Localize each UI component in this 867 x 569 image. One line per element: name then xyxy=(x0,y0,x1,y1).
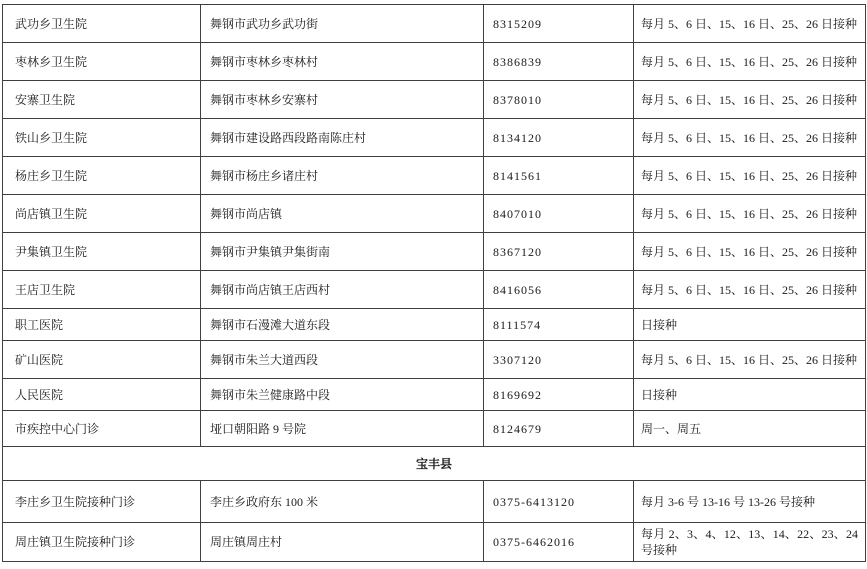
cell-phone: 8141561 xyxy=(484,157,634,195)
cell-facility-name: 职工医院 xyxy=(3,309,201,341)
table-row: 市疾控中心门诊 垭口朝阳路 9 号院 8124679 周一、周五 xyxy=(3,411,866,447)
cell-facility-name: 尚店镇卫生院 xyxy=(3,195,201,233)
cell-schedule: 每月 5、6 日、15、16 日、25、26 日接种 xyxy=(634,271,866,309)
table-row: 周庄镇卫生院接种门诊 周庄镇周庄村 0375-6462016 每月 2、3、4、… xyxy=(3,523,866,562)
document-page: 武功乡卫生院 舞钢市武功乡武功街 8315209 每月 5、6 日、15、16 … xyxy=(2,4,865,562)
cell-phone: 8378010 xyxy=(484,81,634,119)
cell-address: 舞钢市石漫滩大道东段 xyxy=(201,309,484,341)
cell-address: 舞钢市武功乡武功街 xyxy=(201,5,484,43)
table-row: 尚店镇卫生院 舞钢市尚店镇 8407010 每月 5、6 日、15、16 日、2… xyxy=(3,195,866,233)
cell-address: 周庄镇周庄村 xyxy=(201,523,484,562)
table-row: 杨庄乡卫生院 舞钢市杨庄乡诸庄村 8141561 每月 5、6 日、15、16 … xyxy=(3,157,866,195)
cell-address: 李庄乡政府东 100 米 xyxy=(201,481,484,523)
cell-facility-name: 周庄镇卫生院接种门诊 xyxy=(3,523,201,562)
cell-phone: 8386839 xyxy=(484,43,634,81)
cell-phone: 8124679 xyxy=(484,411,634,447)
cell-address: 舞钢市朱兰大道西段 xyxy=(201,341,484,379)
table-row: 枣林乡卫生院 舞钢市枣林乡枣林村 8386839 每月 5、6 日、15、16 … xyxy=(3,43,866,81)
cell-facility-name: 杨庄乡卫生院 xyxy=(3,157,201,195)
cell-facility-name: 王店卫生院 xyxy=(3,271,201,309)
cell-schedule: 每月 5、6 日、15、16 日、25、26 日接种 xyxy=(634,233,866,271)
table-row: 尹集镇卫生院 舞钢市尹集镇尹集街南 8367120 每月 5、6 日、15、16… xyxy=(3,233,866,271)
cell-facility-name: 铁山乡卫生院 xyxy=(3,119,201,157)
cell-schedule: 每月 2、3、4、12、13、14、22、23、24 号接种 xyxy=(634,523,866,562)
table-row: 武功乡卫生院 舞钢市武功乡武功街 8315209 每月 5、6 日、15、16 … xyxy=(3,5,866,43)
section-header-row: 宝丰县 xyxy=(3,447,866,481)
cell-phone: 3307120 xyxy=(484,341,634,379)
table-body-main: 武功乡卫生院 舞钢市武功乡武功街 8315209 每月 5、6 日、15、16 … xyxy=(3,5,866,447)
cell-phone: 8169692 xyxy=(484,379,634,411)
vaccination-sites-table: 武功乡卫生院 舞钢市武功乡武功街 8315209 每月 5、6 日、15、16 … xyxy=(2,4,866,562)
cell-facility-name: 安寨卫生院 xyxy=(3,81,201,119)
section-header-label: 宝丰县 xyxy=(3,447,866,481)
cell-facility-name: 武功乡卫生院 xyxy=(3,5,201,43)
cell-address: 舞钢市杨庄乡诸庄村 xyxy=(201,157,484,195)
cell-phone: 8134120 xyxy=(484,119,634,157)
table-body-section: 李庄乡卫生院接种门诊 李庄乡政府东 100 米 0375-6413120 每月 … xyxy=(3,481,866,562)
cell-phone: 8367120 xyxy=(484,233,634,271)
table-row: 王店卫生院 舞钢市尚店镇王店西村 8416056 每月 5、6 日、15、16 … xyxy=(3,271,866,309)
cell-address: 舞钢市尚店镇王店西村 xyxy=(201,271,484,309)
cell-schedule: 日接种 xyxy=(634,379,866,411)
cell-schedule: 每月 5、6 日、15、16 日、25、26 日接种 xyxy=(634,119,866,157)
cell-schedule: 每月 5、6 日、15、16 日、25、26 日接种 xyxy=(634,157,866,195)
cell-phone: 0375-6462016 xyxy=(484,523,634,562)
cell-schedule: 每月 5、6 日、15、16 日、25、26 日接种 xyxy=(634,43,866,81)
cell-address: 舞钢市建设路西段路南陈庄村 xyxy=(201,119,484,157)
cell-facility-name: 枣林乡卫生院 xyxy=(3,43,201,81)
cell-facility-name: 尹集镇卫生院 xyxy=(3,233,201,271)
cell-address: 舞钢市枣林乡安寨村 xyxy=(201,81,484,119)
cell-schedule: 周一、周五 xyxy=(634,411,866,447)
cell-phone: 8315209 xyxy=(484,5,634,43)
cell-schedule: 日接种 xyxy=(634,309,866,341)
cell-phone: 0375-6413120 xyxy=(484,481,634,523)
table-row: 铁山乡卫生院 舞钢市建设路西段路南陈庄村 8134120 每月 5、6 日、15… xyxy=(3,119,866,157)
table-row: 安寨卫生院 舞钢市枣林乡安寨村 8378010 每月 5、6 日、15、16 日… xyxy=(3,81,866,119)
cell-schedule: 每月 5、6 日、15、16 日、25、26 日接种 xyxy=(634,195,866,233)
cell-schedule: 每月 3-6 号 13-16 号 13-26 号接种 xyxy=(634,481,866,523)
cell-phone: 8111574 xyxy=(484,309,634,341)
cell-phone: 8407010 xyxy=(484,195,634,233)
cell-schedule: 每月 5、6 日、15、16 日、25、26 日接种 xyxy=(634,81,866,119)
table-row: 职工医院 舞钢市石漫滩大道东段 8111574 日接种 xyxy=(3,309,866,341)
cell-schedule: 每月 5、6 日、15、16 日、25、26 日接种 xyxy=(634,5,866,43)
cell-address: 舞钢市尹集镇尹集街南 xyxy=(201,233,484,271)
cell-address: 舞钢市朱兰健康路中段 xyxy=(201,379,484,411)
table-row: 李庄乡卫生院接种门诊 李庄乡政府东 100 米 0375-6413120 每月 … xyxy=(3,481,866,523)
cell-facility-name: 矿山医院 xyxy=(3,341,201,379)
cell-address: 垭口朝阳路 9 号院 xyxy=(201,411,484,447)
cell-facility-name: 李庄乡卫生院接种门诊 xyxy=(3,481,201,523)
cell-facility-name: 市疾控中心门诊 xyxy=(3,411,201,447)
cell-schedule: 每月 5、6 日、15、16 日、25、26 日接种 xyxy=(634,341,866,379)
cell-phone: 8416056 xyxy=(484,271,634,309)
cell-address: 舞钢市枣林乡枣林村 xyxy=(201,43,484,81)
table-row: 人民医院 舞钢市朱兰健康路中段 8169692 日接种 xyxy=(3,379,866,411)
cell-facility-name: 人民医院 xyxy=(3,379,201,411)
table-row: 矿山医院 舞钢市朱兰大道西段 3307120 每月 5、6 日、15、16 日、… xyxy=(3,341,866,379)
cell-address: 舞钢市尚店镇 xyxy=(201,195,484,233)
